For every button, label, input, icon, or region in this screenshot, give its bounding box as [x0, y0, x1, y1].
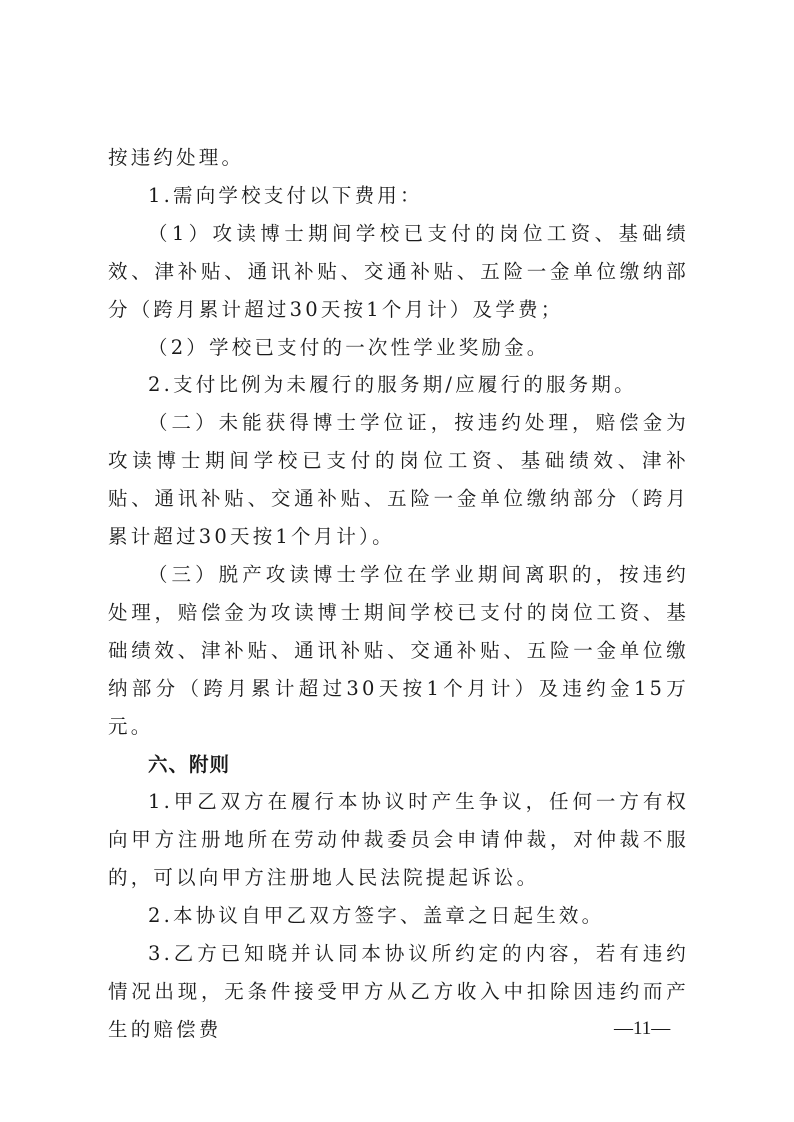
- paragraph-clause-3: （三）脱产攻读博士学位在学业期间离职的，按违约处理，赔偿金为攻读博士期间学校已支…: [108, 556, 689, 746]
- paragraph-effective: 2.本协议自甲乙双方签字、盖章之日起生效。: [108, 897, 689, 935]
- page-number: —11—: [614, 1018, 670, 1040]
- paragraph-fee-sub-2: （2）学校已支付的一次性学业奖励金。: [108, 329, 689, 367]
- paragraph-fee-item-1: 1.需向学校支付以下费用：: [108, 177, 689, 215]
- paragraph-fee-sub-1: （1）攻读博士期间学校已支付的岗位工资、基础绩效、津补贴、通讯补贴、交通补贴、五…: [108, 215, 689, 329]
- paragraph-dispute: 1.甲乙双方在履行本协议时产生争议，任何一方有权向甲方注册地所在劳动仲裁委员会申…: [108, 783, 689, 897]
- paragraph-acknowledgement: 3.乙方已知晓并认同本协议所约定的内容，若有违约情况出现，无条件接受甲方从乙方收…: [108, 935, 689, 1049]
- paragraph-clause-2: （二）未能获得博士学位证，按违约处理，赔偿金为攻读博士期间学校已支付的岗位工资、…: [108, 404, 689, 556]
- paragraph-payment-ratio: 2.支付比例为未履行的服务期/应履行的服务期。: [108, 366, 689, 404]
- document-page: 按违约处理。 1.需向学校支付以下费用： （1）攻读博士期间学校已支付的岗位工资…: [108, 139, 689, 1049]
- paragraph-continuation: 按违约处理。: [108, 139, 689, 177]
- section-heading-supplementary: 六、附则: [108, 746, 689, 784]
